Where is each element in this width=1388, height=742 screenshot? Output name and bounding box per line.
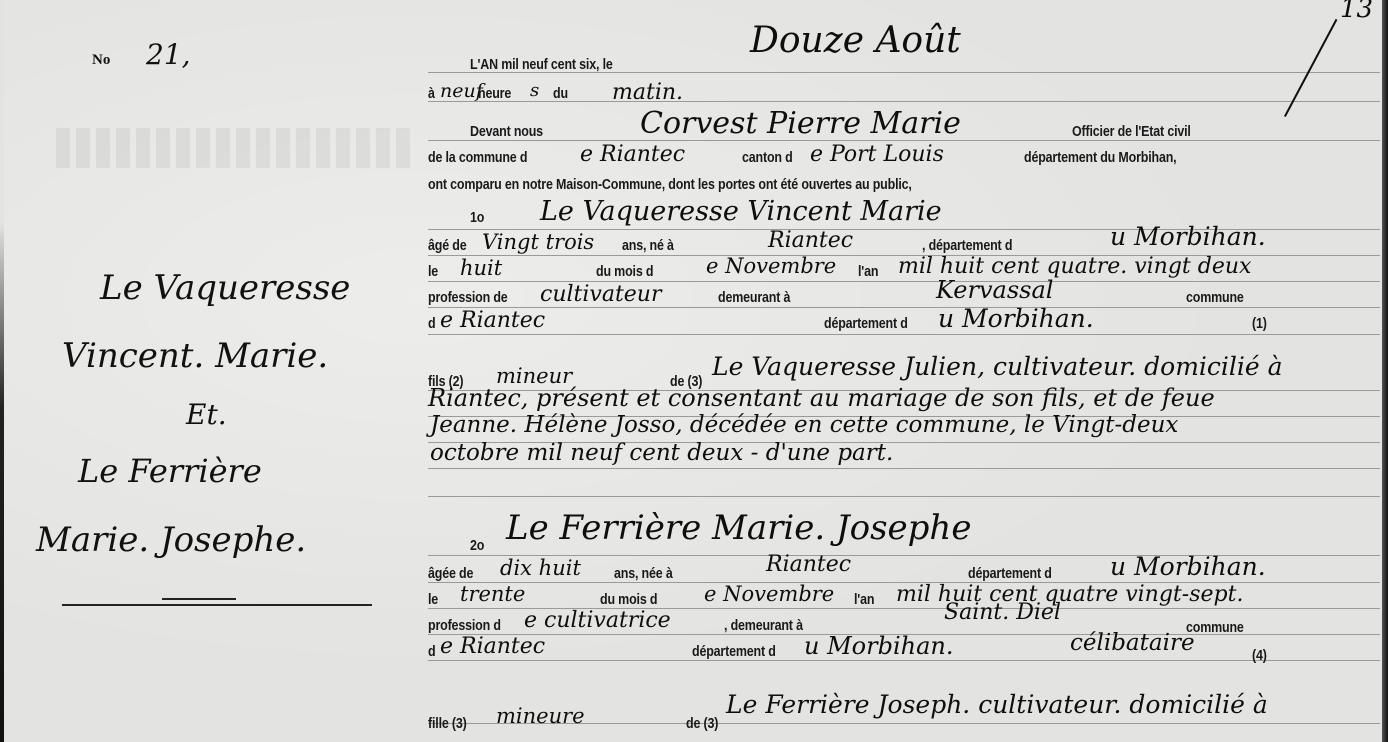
bride-marital-status: célibataire — [1070, 630, 1195, 656]
ruled-line — [428, 660, 1380, 661]
margin-underline-short — [162, 598, 236, 600]
bride-footnote-4: (4) — [1252, 648, 1267, 664]
department-label: département du Morbihan, — [1024, 150, 1176, 166]
groom-profession: cultivateur — [540, 282, 662, 307]
groom-commune-prefix: d — [428, 316, 435, 332]
margin-bride-given-names: Marie. Josephe. — [36, 520, 306, 560]
groom-commune: e Riantec — [440, 308, 545, 333]
header-hour-label: heure — [478, 86, 511, 102]
groom-dept-label: , département d — [922, 238, 1012, 254]
groom-birth-month: e Novembre — [706, 254, 836, 278]
groom-parents-line-3: Jeanne. Hélène Josso, décédée en cette c… — [430, 412, 1178, 438]
bride-year-label: l'an — [854, 592, 874, 608]
groom-parents-line-4: octobre mil neuf cent deux - d'une part. — [430, 440, 893, 466]
margin-conjunction: Et. — [186, 398, 227, 431]
canton-label: canton d — [742, 150, 793, 166]
bride-age: dix huit — [500, 556, 581, 580]
hour-plural-mark: s — [530, 80, 539, 101]
header-date-label: L'AN mil neuf cent six, le — [470, 57, 613, 73]
margin-bride-surname: Le Ferrière — [78, 452, 262, 490]
groom-le-label: le — [428, 264, 438, 280]
bride-age-label: âgée de — [428, 566, 473, 582]
bride-res-dept: u Morbihan. — [804, 632, 953, 660]
margin-groom-given-names: Vincent. Marie. — [62, 336, 328, 376]
bride-residence: Saint. Diel — [944, 600, 1061, 625]
bride-commune: e Riantec — [440, 634, 545, 659]
groom-age: Vingt trois — [482, 230, 594, 254]
groom-birth-day: huit — [460, 256, 502, 280]
page-binding-left — [0, 0, 4, 742]
page-binding-right — [1382, 0, 1388, 742]
groom-parents-line-2: Riantec, présent et consentant au mariag… — [428, 384, 1215, 412]
marriage-date: Douze Août — [750, 20, 961, 61]
groom-year-label: l'an — [858, 264, 878, 280]
groom-parents-line-1: Le Vaqueresse Julien, cultivateur. domic… — [712, 352, 1283, 381]
bride-parents-label: de (3) — [686, 716, 718, 732]
margin-separator-rule — [62, 604, 372, 606]
groom-name: Le Vaqueresse Vincent Marie — [540, 196, 942, 227]
bride-res-dept-label: département d — [692, 644, 776, 660]
groom-age-label: âgé de — [428, 238, 466, 254]
bleed-through-text — [56, 128, 416, 168]
marriage-period: matin. — [612, 80, 683, 105]
ruled-line — [428, 468, 1380, 469]
bride-le-label: le — [428, 592, 438, 608]
bride-birth-month: e Novembre — [704, 582, 834, 606]
header-time-prefix: à — [428, 86, 435, 102]
groom-born-label: ans, né à — [622, 238, 674, 254]
groom-profession-label: profession de — [428, 290, 508, 306]
bride-birthplace: Riantec — [766, 552, 851, 577]
register-page: No 21, 13 Le Vaqueresse Vincent. Marie. … — [0, 0, 1388, 742]
groom-birthplace: Riantec — [768, 228, 853, 253]
appearance-statement: ont comparu en notre Maison-Commune, don… — [428, 177, 912, 193]
record-number: 21, — [146, 38, 191, 71]
marriage-hour: neuf — [440, 80, 483, 102]
groom-month-label: du mois d — [596, 264, 653, 280]
corner-mark: 13 — [1340, 0, 1373, 24]
bride-profession-label: profession d — [428, 618, 501, 634]
groom-res-dept: u Morbihan. — [938, 304, 1094, 333]
ruled-line — [428, 307, 1380, 308]
groom-commune-label: commune — [1186, 290, 1244, 306]
groom-residence-label: demeurant à — [718, 290, 790, 306]
commune-name: e Riantec — [580, 142, 685, 167]
bride-minor-status: mineure — [496, 704, 585, 728]
ruled-line — [428, 334, 1380, 335]
groom-residence: Kervassal — [936, 276, 1053, 304]
canton-name: e Port Louis — [810, 142, 944, 167]
bride-birth-day: trente — [460, 582, 525, 606]
bride-commune-prefix: d — [428, 644, 435, 660]
bride-born-label: ans, née à — [614, 566, 673, 582]
bride-parents-line-1: Le Ferrière Joseph. cultivateur. domicil… — [726, 690, 1268, 719]
groom-index: 1o — [470, 210, 484, 226]
corner-stroke — [1284, 19, 1337, 117]
bride-month-label: du mois d — [600, 592, 657, 608]
groom-res-dept-label: département d — [824, 316, 908, 332]
margin-groom-surname: Le Vaqueresse — [100, 268, 350, 308]
ruled-line — [428, 496, 1380, 497]
bride-profession: e cultivatrice — [524, 608, 671, 633]
officer-label: Devant nous — [470, 124, 543, 140]
bride-filiation-label: fille (3) — [428, 716, 467, 732]
groom-footnote-1: (1) — [1252, 316, 1267, 332]
bride-index: 2o — [470, 538, 484, 554]
commune-label: de la commune d — [428, 150, 527, 166]
record-number-label: No — [92, 52, 110, 69]
officer-name: Corvest Pierre Marie — [640, 106, 961, 141]
header-du-label: du — [553, 86, 568, 102]
bride-dept-label: département d — [968, 566, 1052, 582]
bride-commune-label: commune — [1186, 620, 1244, 636]
groom-birth-dept: u Morbihan. — [1110, 222, 1266, 251]
ruled-line — [428, 101, 1380, 102]
bride-name: Le Ferrière Marie. Josephe — [506, 508, 971, 548]
bride-birth-dept: u Morbihan. — [1110, 552, 1266, 581]
officer-title: Officier de l'Etat civil — [1072, 124, 1191, 140]
bride-residence-label: , demeurant à — [724, 618, 803, 634]
